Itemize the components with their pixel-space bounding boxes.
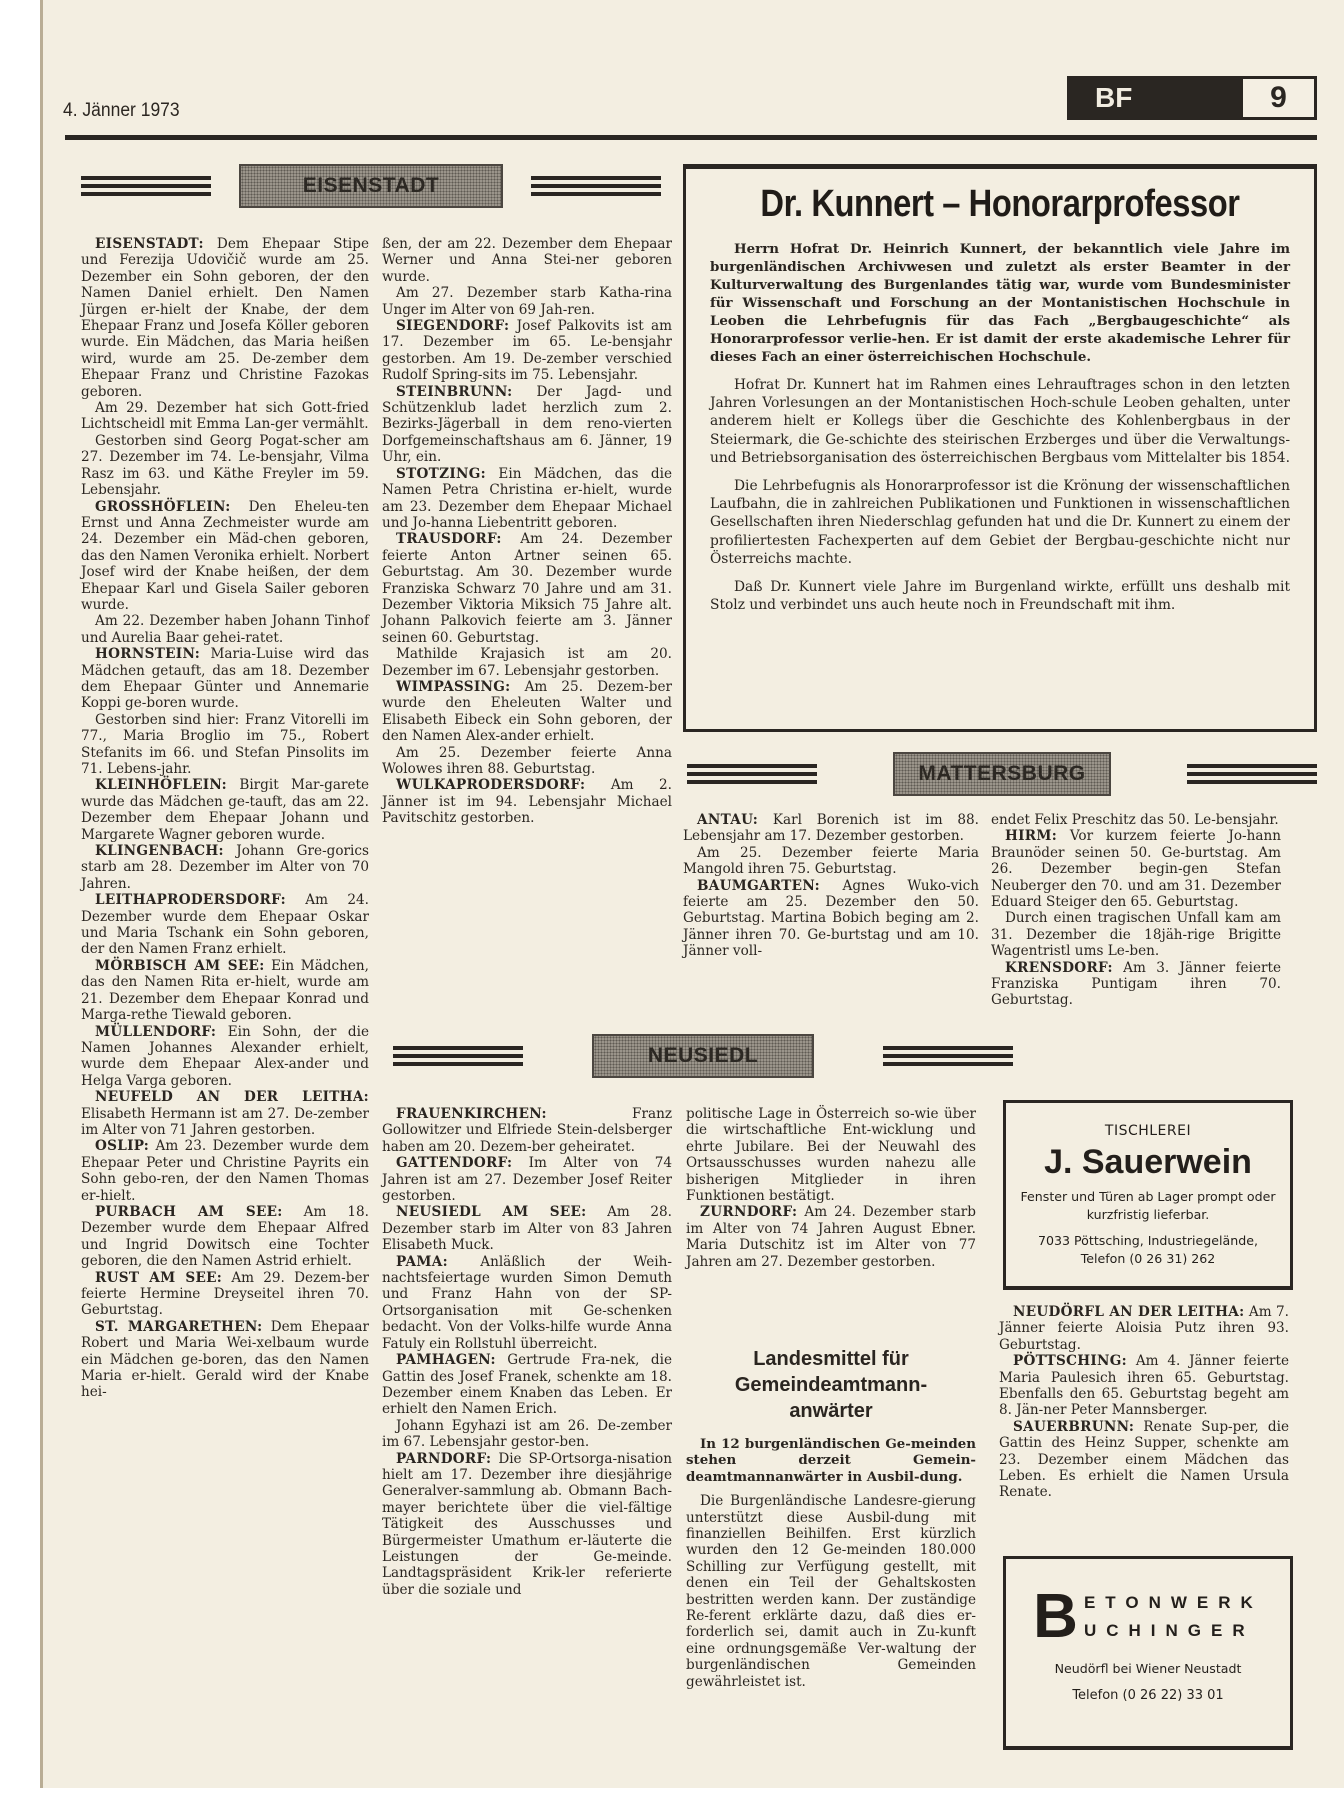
news-item: RUST AM SEE: Am 29. Dezem-ber feierte He… — [81, 1270, 369, 1319]
place-name: ST. MARGARETHEN: — [95, 1319, 262, 1335]
rule-lines-left — [687, 764, 817, 784]
news-item: Am 22. Dezember haben Johann Tinhof und … — [81, 613, 369, 646]
news-item: PURBACH AM SEE: Am 18. Dezember wurde de… — [81, 1204, 369, 1270]
ad-phone: Telefon (0 26 22) 33 01 — [1006, 1688, 1290, 1703]
news-item: ZURNDORF: Am 24. Dezember starb im Alter… — [686, 1204, 976, 1270]
header-rule — [65, 135, 1317, 140]
place-name: KRENSDORF: — [1005, 960, 1113, 976]
place-name: MÜLLENDORF: — [95, 1024, 216, 1040]
ad-location: Neudörfl bei Wiener Neustadt — [1006, 1661, 1290, 1676]
place-name: GROSSHÖFLEIN: — [95, 499, 231, 515]
article-headline: Dr. Kunnert – Honorarprofessor — [751, 183, 1250, 226]
news-item: Am 25. Dezember feierte Anna Wolowes ihr… — [382, 745, 672, 778]
column-mattersburg-1: ANTAU: Karl Borenich ist im 88. Lebensja… — [683, 812, 979, 960]
ad-tagline: Fenster und Türen ab Lager prompt oder k… — [1006, 1188, 1290, 1224]
news-item: Johann Egyhazi ist am 26. De-zember im 6… — [382, 1418, 672, 1451]
place-name: WULKAPRODERSDORF: — [396, 777, 585, 793]
news-text: Am 24. Dezember feierte Anton Artner sei… — [382, 531, 672, 645]
rule-lines-left — [81, 176, 211, 196]
section-title: NEUSIEDL — [592, 1034, 814, 1078]
news-item: SIEGENDORF: Josef Palkovits ist am 17. D… — [382, 318, 672, 384]
news-item: WULKAPRODERSDORF: Am 2. Jänner ist im 94… — [382, 777, 672, 826]
place-name: LEITHAPRODERSDORF: — [95, 892, 286, 908]
news-text: Mathilde Krajasich ist am 20. Dezember i… — [382, 646, 672, 678]
news-text: endet Felix Preschitz das 50. Le-bensjah… — [991, 812, 1279, 828]
place-name: BAUMGARTEN: — [697, 878, 820, 894]
section-header-mattersburg: MATTERSBURG — [687, 752, 1317, 796]
place-name: RUST AM SEE: — [95, 1270, 222, 1286]
logo-line1: ETONWERK — [1084, 1589, 1263, 1617]
news-item: Durch einen tragischen Unfall kam am 31.… — [991, 910, 1281, 959]
place-name: WIMPASSING: — [396, 679, 511, 695]
place-name: PAMA: — [396, 1254, 448, 1270]
news-text: politische Lage in Österreich so-wie übe… — [686, 1106, 976, 1204]
article-paragraph: Die Lehrbefugnis als Honorarprofessor is… — [710, 477, 1290, 568]
news-item: PAMA: Anläßlich der Weih-nachtsfeiertage… — [382, 1254, 672, 1352]
section-header-neusiedl: NEUSIEDL — [393, 1034, 1013, 1078]
news-item: Gestorben sind Georg Pogat-scher am 27. … — [81, 433, 369, 499]
news-item: FRAUENKIRCHEN: Franz Gollowitzer und Elf… — [382, 1106, 672, 1155]
column-eisenstadt-1: EISENSTADT: Dem Ehepaar Stipe und Ferezi… — [81, 236, 369, 1401]
news-text: Am 27. Dezember starb Katha-rina Unger i… — [382, 285, 672, 317]
ad-sauerwein: TISCHLEREI J. Sauerwein Fenster und Türe… — [1003, 1100, 1293, 1290]
section-title: MATTERSBURG — [893, 752, 1111, 796]
rule-lines-right — [883, 1046, 1013, 1066]
news-item: MÖRBISCH AM SEE: Ein Mädchen, das den Na… — [81, 958, 369, 1024]
section-header-eisenstadt: EISENSTADT — [81, 164, 661, 208]
place-name: NEUFELD AN DER LEITHA: — [95, 1089, 369, 1105]
news-item: LEITHAPRODERSDORF: Am 24. Dezember wurde… — [81, 892, 369, 958]
news-item: PARNDORF: Die SP-Ortsorga-nisation hielt… — [382, 1451, 672, 1599]
issue-date: 4. Jänner 1973 — [63, 100, 180, 122]
news-text: ßen, der am 22. Dezember dem Ehepaar Wer… — [382, 236, 672, 285]
place-name: OSLIP: — [95, 1138, 149, 1154]
place-name: PARNDORF: — [396, 1451, 491, 1467]
place-name: KLINGENBACH: — [95, 843, 224, 859]
page-badge: BF 9 — [1067, 76, 1317, 120]
news-text: Am 29. Dezember hat sich Gott-fried Lich… — [81, 400, 369, 432]
logo-line2: UCHINGER — [1084, 1617, 1263, 1645]
news-item: EISENSTADT: Dem Ehepaar Stipe und Ferezi… — [81, 236, 369, 400]
news-item: Am 27. Dezember starb Katha-rina Unger i… — [382, 285, 672, 318]
place-name: PURBACH AM SEE: — [95, 1204, 283, 1220]
kunnert-article: Dr. Kunnert – Honorarprofessor Herrn Hof… — [683, 164, 1317, 732]
page-number: 9 — [1243, 76, 1317, 120]
news-text: Gestorben sind hier: Franz Vitorelli im … — [81, 712, 369, 777]
news-text: Den Eheleu-ten Ernst und Anna Zechmeiste… — [81, 499, 369, 613]
article-lead: In 12 burgenländischen Ge-meinden stehen… — [686, 1436, 976, 1485]
news-item: Am 29. Dezember hat sich Gott-fried Lich… — [81, 400, 369, 433]
place-name: KLEINHÖFLEIN: — [95, 777, 227, 793]
news-text: Die SP-Ortsorga-nisation hielt am 17. De… — [382, 1451, 672, 1598]
place-name: NEUDÖRFL AN DER LEITHA: — [1013, 1304, 1244, 1320]
news-item: BAUMGARTEN: Agnes Wuko-vich feierte am 2… — [683, 878, 979, 960]
section-title: EISENSTADT — [239, 164, 503, 208]
rule-lines-right — [1187, 764, 1317, 784]
news-item: WIMPASSING: Am 25. Dezem-ber wurde den E… — [382, 679, 672, 745]
place-name: ANTAU: — [697, 812, 758, 828]
news-text: Am 25. Dezember feierte Anna Wolowes ihr… — [382, 745, 672, 777]
article-body: Die Burgenländische Landesre-gierung unt… — [686, 1493, 976, 1690]
news-item: HIRM: Vor kurzem feierte Jo-hann Braunöd… — [991, 828, 1281, 910]
news-item: GROSSHÖFLEIN: Den Eheleu-ten Ernst und A… — [81, 499, 369, 614]
ad-phone: Telefon (0 26 31) 262 — [1006, 1250, 1290, 1268]
rule-lines-right — [531, 176, 661, 196]
rule-lines-left — [393, 1046, 523, 1066]
ad-company-name: J. Sauerwein — [1006, 1143, 1290, 1182]
news-item: KRENSDORF: Am 3. Jänner feierte Franzisk… — [991, 960, 1281, 1009]
news-item: GATTENDORF: Im Alter von 74 Jahren ist a… — [382, 1155, 672, 1204]
place-name: STEINBRUNN: — [396, 384, 512, 400]
news-item: OSLIP: Am 23. Dezember wurde dem Ehepaar… — [81, 1138, 369, 1204]
news-text: Johann Egyhazi ist am 26. De-zember im 6… — [382, 1418, 672, 1450]
news-item: Am 25. Dezember feierte Maria Mangold ih… — [683, 845, 979, 878]
column-neusiedl-1: FRAUENKIRCHEN: Franz Gollowitzer und Elf… — [382, 1106, 672, 1598]
landesmittel-article: Landesmittel für Gemeindeamtmann- anwärt… — [686, 1346, 976, 1690]
news-item: Mathilde Krajasich ist am 20. Dezember i… — [382, 646, 672, 679]
place-name: GATTENDORF: — [396, 1155, 512, 1171]
news-text: Am 22. Dezember haben Johann Tinhof und … — [81, 613, 369, 645]
news-text: Durch einen tragischen Unfall kam am 31.… — [991, 910, 1281, 959]
news-item: KLEINHÖFLEIN: Birgit Mar-garete wurde da… — [81, 777, 369, 843]
ad-logo: B ETONWERK UCHINGER — [1006, 1589, 1290, 1645]
ad-buchinger: B ETONWERK UCHINGER Neudörfl bei Wiener … — [1003, 1556, 1293, 1750]
news-item: PAMHAGEN: Gertrude Fra-nek, die Gattin d… — [382, 1352, 672, 1418]
news-item: HORNSTEIN: Maria-Luise wird das Mädchen … — [81, 646, 369, 712]
news-text: Gestorben sind Georg Pogat-scher am 27. … — [81, 433, 369, 498]
column-mattersburg-2: endet Felix Preschitz das 50. Le-bensjah… — [991, 812, 1281, 1009]
ad-address: 7033 Pöttsching, Industriegelände, Telef… — [1006, 1232, 1290, 1268]
column-neusiedl-2: politische Lage in Österreich so-wie übe… — [686, 1106, 976, 1270]
place-name: STOTZING: — [396, 466, 486, 482]
place-name: HORNSTEIN: — [95, 646, 200, 662]
column-right-bottom: NEUDÖRFL AN DER LEITHA: Am 7. Jänner fei… — [999, 1304, 1289, 1501]
article-paragraph: Hofrat Dr. Kunnert hat im Rahmen eines L… — [710, 376, 1290, 467]
news-item: SAUERBRUNN: Renate Sup-per, die Gattin d… — [999, 1419, 1289, 1501]
place-name: SIEGENDORF: — [396, 318, 509, 334]
place-name: ZURNDORF: — [700, 1204, 797, 1220]
news-item: TRAUSDORF: Am 24. Dezember feierte Anton… — [382, 531, 672, 646]
news-text: Elisabeth Hermann ist am 27. De-zember i… — [81, 1106, 369, 1138]
ad-kicker: TISCHLEREI — [1006, 1123, 1290, 1139]
news-item: NEUDÖRFL AN DER LEITHA: Am 7. Jänner fei… — [999, 1304, 1289, 1353]
newspaper-page: 4. Jänner 1973 BF 9 EISENSTADT EISENSTAD… — [40, 0, 1344, 1788]
news-item: STOTZING: Ein Mädchen, das die Namen Pet… — [382, 466, 672, 532]
news-item: endet Felix Preschitz das 50. Le-bensjah… — [991, 812, 1281, 828]
news-item: STEINBRUNN: Der Jagd- und Schützenklub l… — [382, 384, 672, 466]
place-name: TRAUSDORF: — [396, 531, 502, 547]
column-eisenstadt-2: ßen, der am 22. Dezember dem Ehepaar Wer… — [382, 236, 672, 827]
place-name: PÖTTSCHING: — [1013, 1353, 1127, 1369]
place-name: EISENSTADT: — [95, 236, 204, 252]
news-item: PÖTTSCHING: Am 4. Jänner feierte Maria P… — [999, 1353, 1289, 1419]
place-name: FRAUENKIRCHEN: — [396, 1106, 547, 1122]
logo-initial: B — [1033, 1589, 1078, 1645]
news-text: Am 25. Dezember feierte Maria Mangold ih… — [683, 845, 979, 877]
news-text: Dem Ehepaar Stipe und Ferezija Udovičič … — [81, 236, 369, 400]
news-item: Gestorben sind hier: Franz Vitorelli im … — [81, 712, 369, 778]
article-headline: Landesmittel für Gemeindeamtmann- anwärt… — [686, 1346, 976, 1424]
news-item: ANTAU: Karl Borenich ist im 88. Lebensja… — [683, 812, 979, 845]
place-name: NEUSIEDL AM SEE: — [396, 1204, 586, 1220]
article-lead: Herrn Hofrat Dr. Heinrich Kunnert, der b… — [710, 240, 1290, 366]
paper-abbrev: BF — [1067, 76, 1243, 120]
place-name: PAMHAGEN: — [396, 1352, 496, 1368]
news-item: KLINGENBACH: Johann Gre-gorics starb am … — [81, 843, 369, 892]
article-paragraph: Daß Dr. Kunnert viele Jahre im Burgenlan… — [710, 578, 1290, 614]
place-name: HIRM: — [1005, 828, 1057, 844]
news-item: NEUSIEDL AM SEE: Am 28. Dezember starb i… — [382, 1204, 672, 1253]
place-name: SAUERBRUNN: — [1013, 1419, 1134, 1435]
news-item: ßen, der am 22. Dezember dem Ehepaar Wer… — [382, 236, 672, 285]
news-item: ST. MARGARETHEN: Dem Ehepaar Robert und … — [81, 1319, 369, 1401]
news-item: MÜLLENDORF: Ein Sohn, der die Namen Joha… — [81, 1024, 369, 1090]
news-item: politische Lage in Österreich so-wie übe… — [686, 1106, 976, 1204]
place-name: MÖRBISCH AM SEE: — [95, 958, 265, 974]
news-item: NEUFELD AN DER LEITHA: Elisabeth Hermann… — [81, 1089, 369, 1138]
